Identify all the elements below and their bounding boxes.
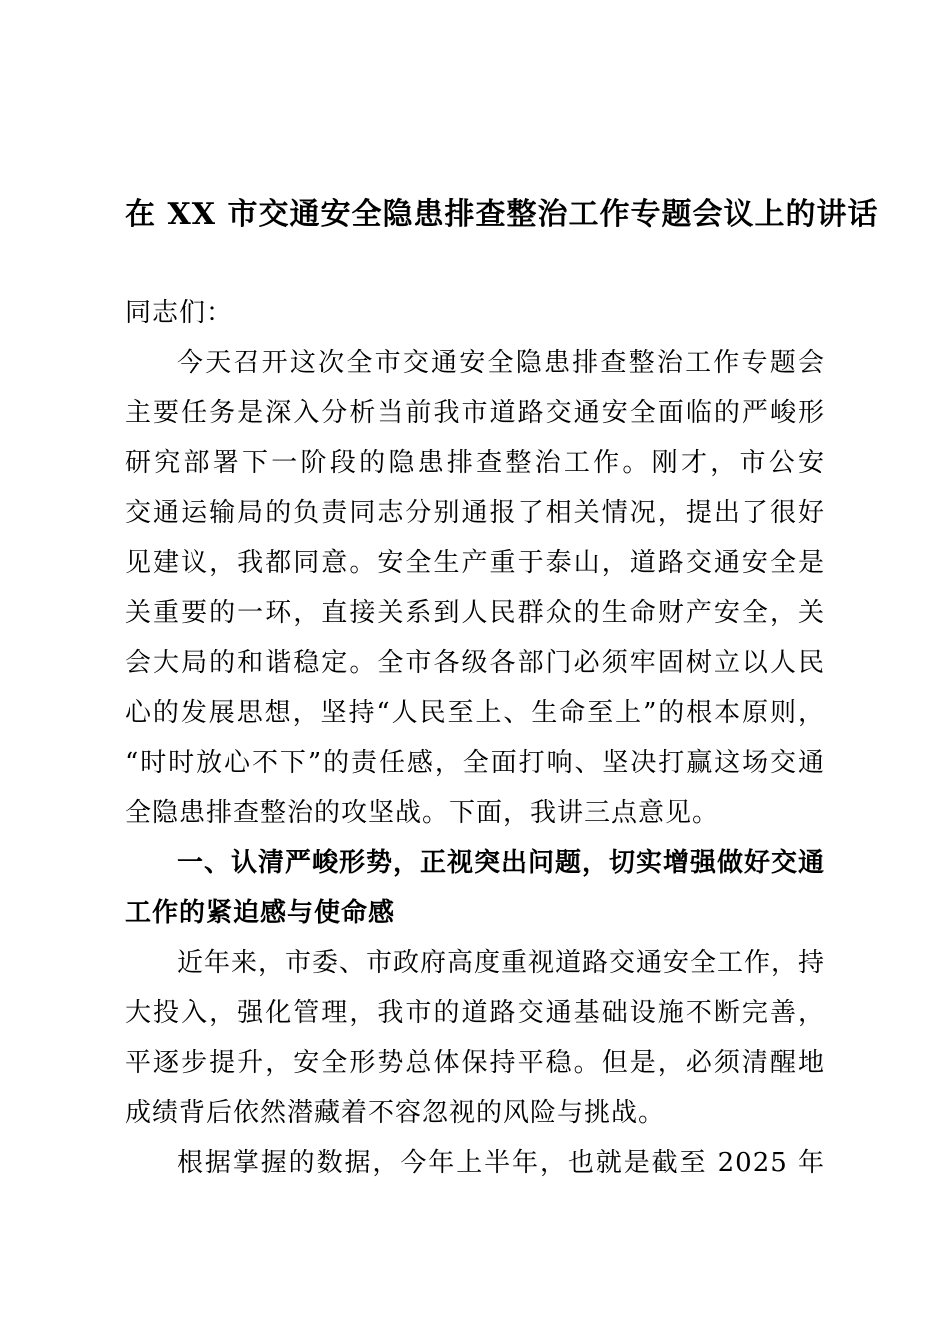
text-line: 见建议，我都同意。安全生产重于泰山，道路交通安全是其中至 [125, 538, 825, 588]
text-line: 关重要的一环，直接关系到人民群众的生命财产安全，关系到社 [125, 588, 825, 638]
text-line: 工作的紧迫感与使命感 [125, 888, 825, 938]
text-line: “时时放心不下”的责任感，全面打响、坚决打赢这场交通安 [125, 738, 825, 788]
text-line: 大投入，强化管理，我市的道路交通基础设施不断完善，管理水 [125, 988, 825, 1038]
text-line: 根据掌握的数据，今年上半年，也就是截至 2025 年 6 月底， [125, 1138, 825, 1188]
paragraph: 近年来，市委、市政府高度重视道路交通安全工作，持续加大投入，强化管理，我市的道路… [125, 938, 825, 1138]
heading: 一、认清严峻形势，正视突出问题，切实增强做好交通安全工作的紧迫感与使命感 [125, 838, 825, 938]
text-line: 近年来，市委、市政府高度重视道路交通安全工作，持续加 [125, 938, 825, 988]
text-line: 会大局的和谐稳定。全市各级各部门必须牢固树立以人民为中 [125, 638, 825, 688]
text-line: 成绩背后依然潜藏着不容忽视的风险与挑战。 [125, 1088, 825, 1138]
text-line: 全隐患排查整治的攻坚战。下面，我讲三点意见。 [125, 788, 825, 838]
document-title: 在 XX 市交通安全隐患排查整治工作专题会议上的讲话 [125, 190, 825, 240]
text-line: 交通运输局的负责同志分别通报了相关情况，提出了很好的意 [125, 488, 825, 538]
paragraph: 今天召开这次全市交通安全隐患排查整治工作专题会议，主要任务是深入分析当前我市道路… [125, 338, 825, 838]
text-line: 今天召开这次全市交通安全隐患排查整治工作专题会议， [125, 338, 825, 388]
salutation: 同志们： [125, 288, 825, 338]
text-line: 心的发展思想，坚持“人民至上、生命至上”的根本原则，以 [125, 688, 825, 738]
document-body: 同志们：今天召开这次全市交通安全隐患排查整治工作专题会议，主要任务是深入分析当前… [125, 288, 825, 1188]
text-line: 研究部署下一阶段的隐患排查整治工作。刚才，市公安局、市 [125, 438, 825, 488]
text-line: 主要任务是深入分析当前我市道路交通安全面临的严峻形势， [125, 388, 825, 438]
text-line: 同志们： [125, 288, 825, 338]
text-line: 一、认清严峻形势，正视突出问题，切实增强做好交通安全 [125, 838, 825, 888]
text-line: 平逐步提升，安全形势总体保持平稳。但是，必须清醒地看到， [125, 1038, 825, 1088]
paragraph: 根据掌握的数据，今年上半年，也就是截至 2025 年 6 月底， [125, 1138, 825, 1188]
document-page: 在 XX 市交通安全隐患排查整治工作专题会议上的讲话 同志们：今天召开这次全市交… [0, 0, 950, 1344]
